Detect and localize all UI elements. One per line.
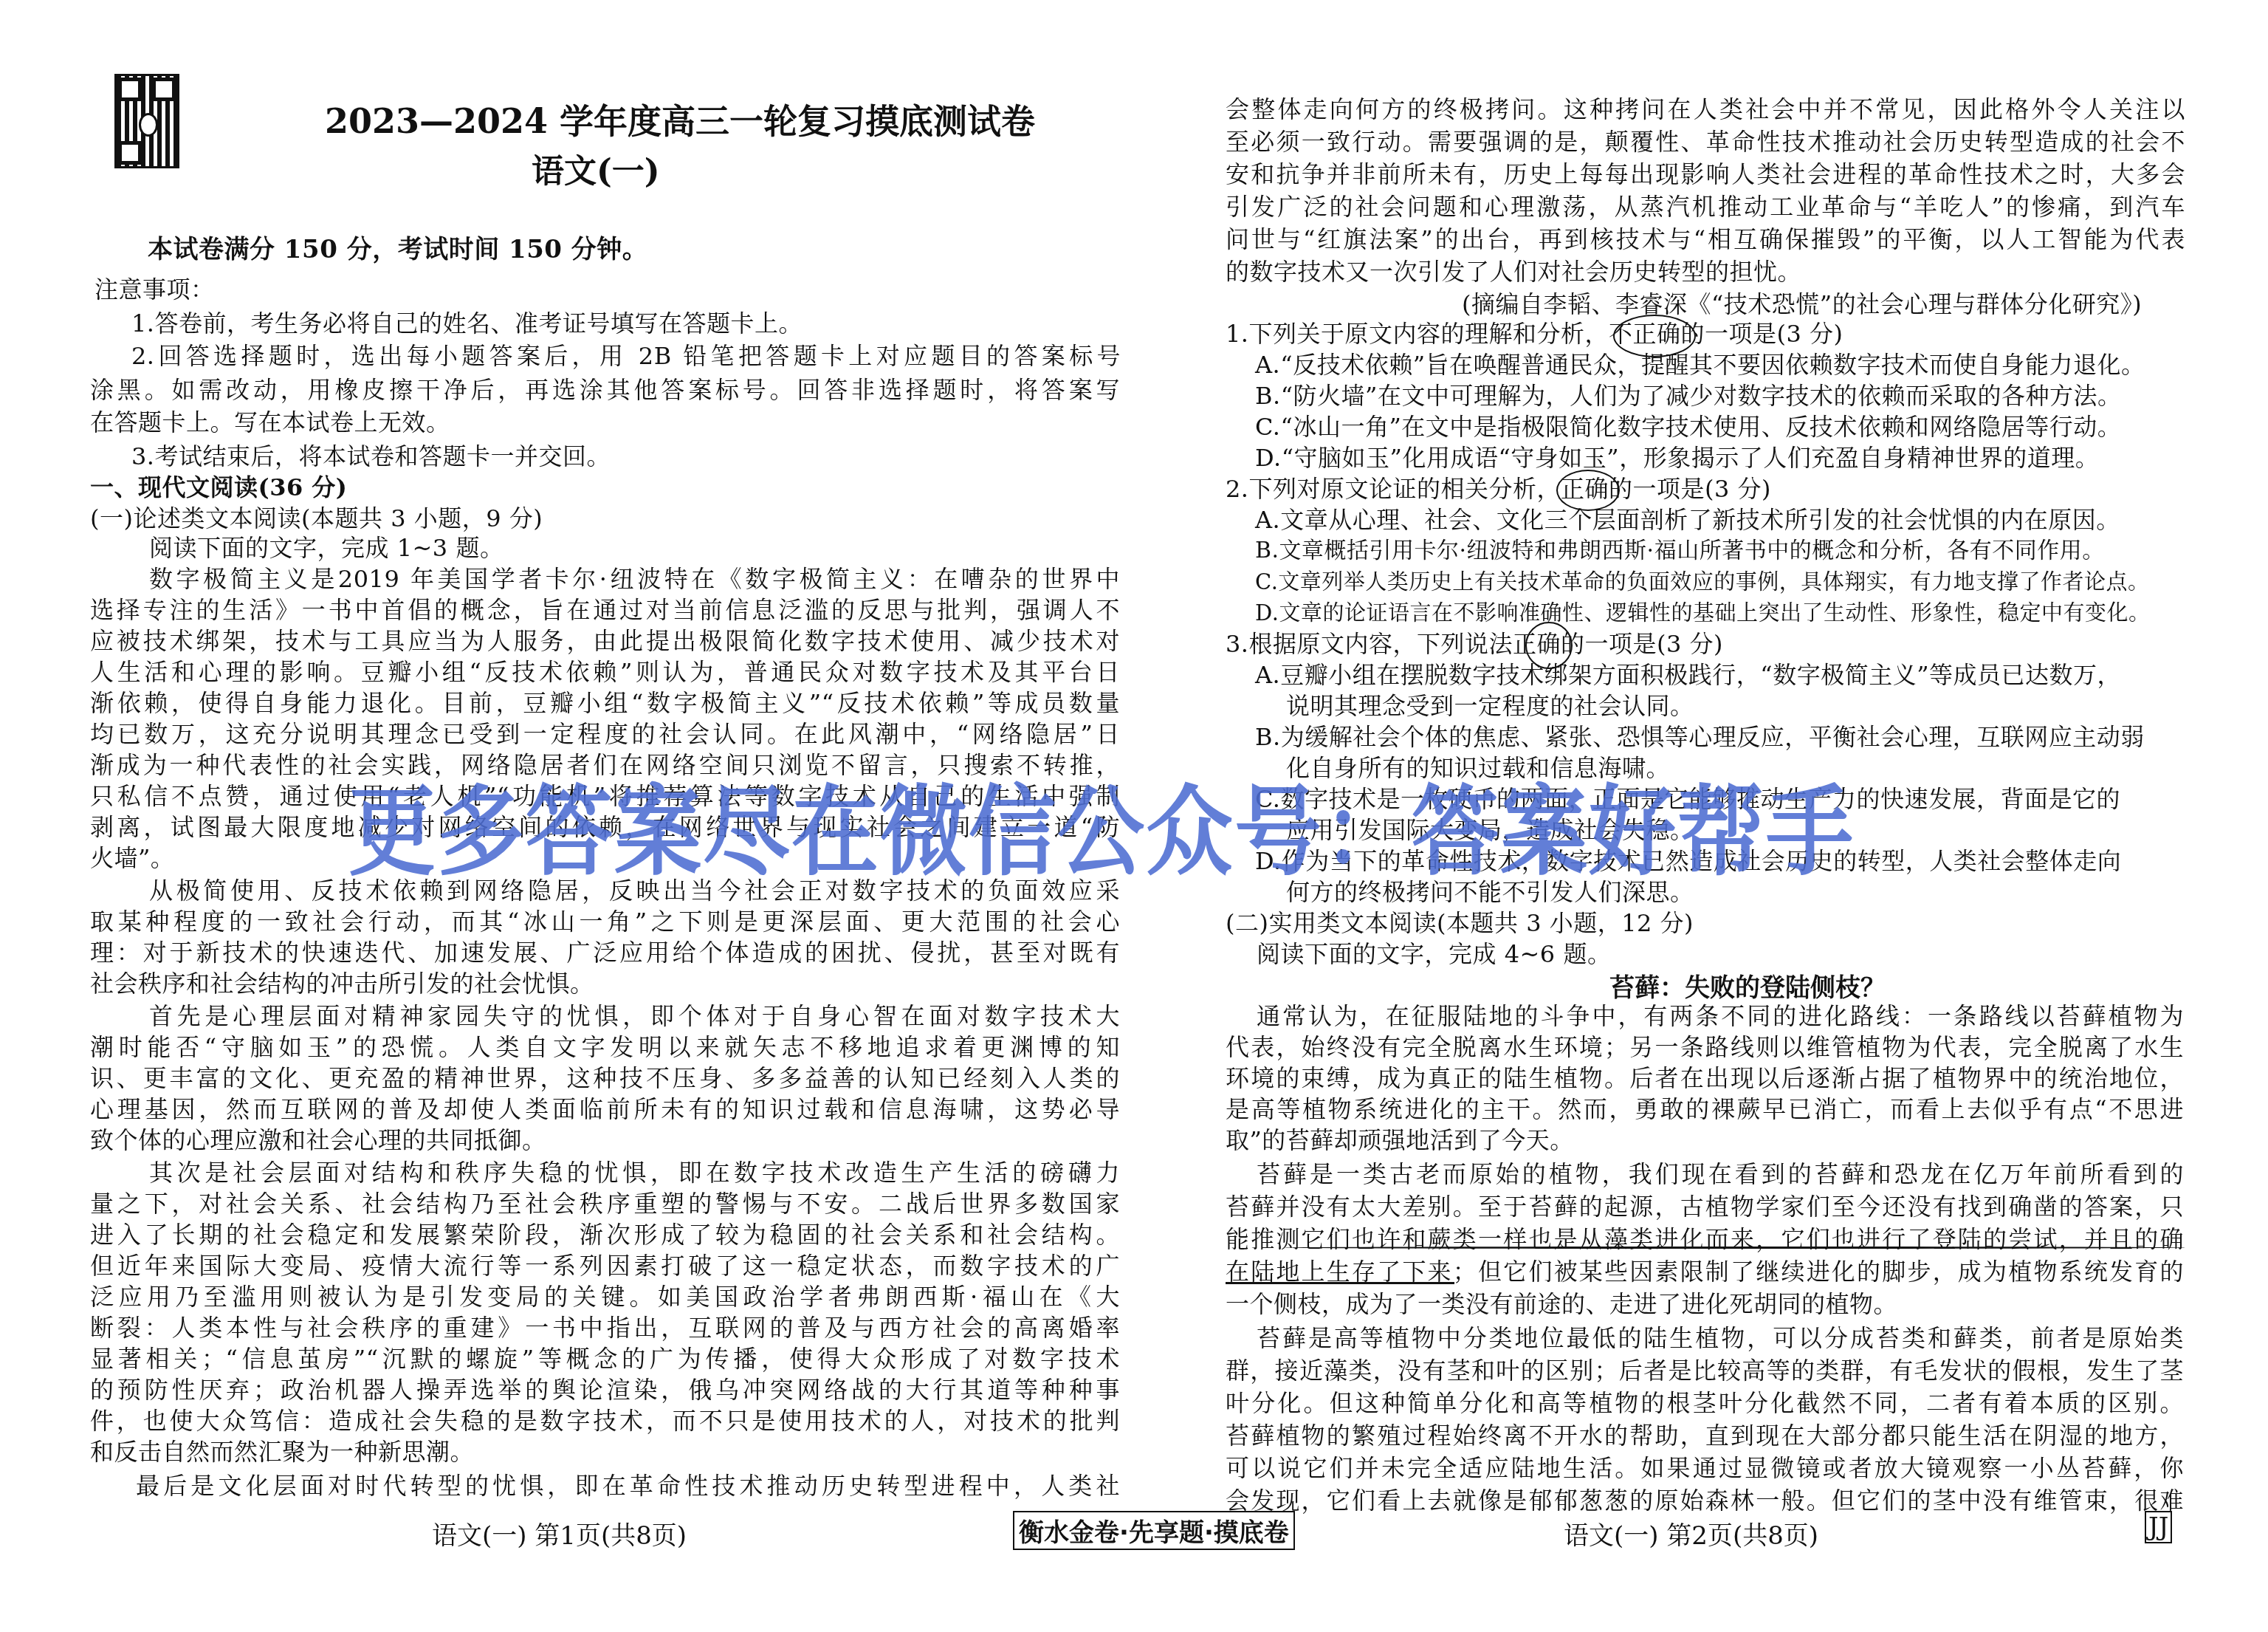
question-1-option-c: C.“冰山一角”在文中是指极限简化数字技术使用、反技术依赖和网络隐居等行动。 <box>1255 412 2121 442</box>
exam-title: 2023—2024 学年度高三一轮复习摸底测试卷 <box>325 95 1035 143</box>
passage-line: 火墙”。 <box>90 843 174 873</box>
subsection-1-heading: (一)论述类文本阅读(本题共 3 小题，9 分) <box>90 504 543 533</box>
passage-line: 取”的苔藓却顽强地活到了今天。 <box>1226 1125 1574 1155</box>
passage-line: 社会秩序和社会结构的冲击所引发的社会忧惧。 <box>90 969 594 998</box>
passage-line: 显著相关；“信息茧房”“沉默的螺旋”等概念的广为传播，使得大众形成了对数字技术 <box>90 1344 1120 1374</box>
note-2-cont: 涂黑。如需改动，用橡皮擦干净后，再选涂其他答案标号。回答非选择题时，将答案写 <box>90 375 1120 405</box>
passage-line: 数字极简主义是2019 年美国学者卡尔·纽波特在《数字极简主义：在嘈杂的世界中 <box>149 564 1120 594</box>
qr-code <box>114 74 179 168</box>
passage-line: 会整体走向何方的终极拷问。这种拷问在人类社会中并不常见，因此格外令人关注以 <box>1226 95 2185 124</box>
passage-line: 的数字技术又一次引发了人们对社会历史转型的担忧。 <box>1226 257 1801 287</box>
passage-line: 件，也使大众笃信：造成社会失稳的是数字技术，而不只是使用技术的人，对技术的批判 <box>90 1406 1120 1436</box>
passage-line: 苔藓并没有太大差别。至于苔藓的起源，古植物学家们至今还没有找到确凿的答案，只 <box>1226 1192 2184 1221</box>
note-1: 1.答卷前，考生务必将自己的姓名、准考证号填写在答题卡上。 <box>131 309 803 338</box>
passage-line: 人生活和心理的影响。豆瓣小组“反技术依赖”则认为，普通民众对数字技术及其平台日 <box>90 657 1120 687</box>
footer-page-1: 语文(一) 第1页(共8页) <box>432 1515 687 1552</box>
passage-line: 群，接近藻类，没有茎和叶的区别；后者是比较高等的类群，有毛发状的假根，发生了茎 <box>1226 1356 2184 1385</box>
passage-line: 其次是社会层面对结构和秩序失稳的忧惧，即在数字技术改造生产生活的磅礴力 <box>149 1158 1120 1187</box>
passage-line: 叶分化。但这种简单分化和高等植物的根茎叶分化截然不同，二者有着本质的区别。 <box>1226 1388 2184 1418</box>
article-title: 苔藓：失败的登陆侧枝？ <box>1609 967 1886 1004</box>
question-1-option-a: A.“反技术依赖”旨在唤醒普通民众，提醒其不要因依赖数字技术而使自身能力退化。 <box>1255 350 2145 380</box>
passage-line: 引发广泛的社会问题和心理激荡，从蒸汽机推动工业革命与“羊吃人”的惨痛，到汽车 <box>1226 192 2185 222</box>
passage-line: 可以说它们并未完全适应陆地生活。如果通过显微镜或者放大镜观察一小丛苔藓，你 <box>1226 1453 2184 1483</box>
passage-line: 应被技术绑架，技术与工具应当为人服务，由此提出极限简化数字技术使用、减少技术对 <box>90 626 1120 656</box>
passage-line: 理：对于新技术的快速迭代、加速发展、广泛应用给个体造成的困扰、侵扰，甚至对既有 <box>90 938 1120 967</box>
footer-page-2: 语文(一) 第2页(共8页) <box>1564 1515 1818 1552</box>
question-2-option-c: C.文章列举人类历史上有关技术革命的负面效应的事例，具体翔实，有力地支撑了作者论… <box>1255 567 2149 597</box>
exam-subject: 语文(一) <box>532 145 660 192</box>
handwritten-underline <box>1285 1247 2185 1249</box>
passage-line: 代表，始终没有完全脱离水生环境；另一条路线则以维管植物为代表，完全脱离了水生 <box>1226 1032 2184 1062</box>
passage-line: 通常认为，在征服陆地的斗争中，有两条不同的进化路线：一条路线以苔藓植物为 <box>1257 1001 2184 1031</box>
exam-info: 本试卷满分 150 分，考试时间 150 分钟。 <box>148 235 647 264</box>
passage-line: 首先是心理层面对精神家园失守的忧惧，即个体对于自身心智在面对数字技术大 <box>149 1001 1120 1031</box>
passage-line: 和反击自然而然汇聚为一种新思潮。 <box>90 1437 474 1467</box>
passage-line: 泛应用乃至滥用则被认为是引发变局的关键。如美国政治学者弗朗西斯·福山在《大 <box>90 1282 1120 1312</box>
subsection-1-instruction: 阅读下面的文字，完成 1~3 题。 <box>149 533 504 563</box>
passage-line: 苔藓是高等植物中分类地位最低的陆生植物，可以分成苔类和藓类，前者是原始类 <box>1257 1323 2184 1353</box>
passage-line: 致个体的心理应激和社会心理的共同抵御。 <box>90 1125 546 1155</box>
question-2-option-b: B.文章概括引用卡尔·纽波特和弗朗西斯·福山所著书中的概念和分析，各有不同作用。 <box>1255 536 2105 566</box>
question-2-option-d: D.文章的论证语言在不影响准确性、逻辑性的基础上突出了生动性、形象性，稳定中有变… <box>1255 598 2150 628</box>
passage-line: 环境的束缚，成为真正的陆生植物。后者在出现以后逐渐占据了植物界中的统治地位， <box>1226 1063 2184 1093</box>
section-1-heading: 一、现代文阅读(36 分) <box>90 473 347 502</box>
question-2-option-a: A.文章从心理、社会、文化三个层面剖析了新技术所引发的社会忧惧的内在原因。 <box>1255 505 2120 535</box>
question-1-option-d: D.“守脑如玉”化用成语“守身如玉”，形象揭示了人们充盈自身精神世界的道理。 <box>1255 443 2099 473</box>
notes-label: 注意事项： <box>94 275 215 304</box>
footer-corner-mark: JJ <box>2145 1511 2172 1543</box>
passage-line: 会发现，它们看上去就像是郁郁葱葱的原始森林一般。但它们的茎中没有维管束，很难 <box>1226 1486 2184 1515</box>
passage-line: 安和抗争并非前所未有，历史上每每出现影响人类社会进程的革命性技术之时，大多会 <box>1226 160 2185 189</box>
question-3-option-a-cont: 说明其理念受到一定程度的社会认同。 <box>1286 691 1694 721</box>
passage-line: 苔藓植物的繁殖过程始终离不开水的帮助，直到现在大部分都只能生活在阴湿的地方， <box>1226 1421 2184 1450</box>
question-3-option-a: A.豆瓣小组在摆脱数字技术绑架方面积极践行，“数字极简主义”等成员已达数万， <box>1255 660 2121 690</box>
question-1-option-b: B.“防火墙”在文中可理解为，人们为了减少对数字技术的依赖而采取的各种方法。 <box>1255 381 2121 411</box>
question-3-stem: 3.根据原文内容，下列说法正确的一项是(3 分) <box>1226 629 1723 659</box>
note-3: 3.考试结束后，将本试卷和答题卡一并交回。 <box>131 442 611 471</box>
passage-line: 最后是文化层面对时代转型的忧惧，即在革命性技术推动历史转型进程中，人类社 <box>136 1471 1120 1501</box>
passage-line: 问世与“红旗法案”的出台，再到核技术与“相互确保摧毁”的平衡，以人工智能为代表 <box>1226 224 2185 254</box>
passage-line: 渐依赖，使得自身能力退化。目前，豆瓣小组“数字极简主义”“反技术依赖”等成员数量 <box>90 688 1120 718</box>
passage-line: 选择专注的生活》一书中首倡的概念，旨在通过对当前信息泛滥的反思与批判，强调人不 <box>90 595 1120 625</box>
footer-badge: 衡水金卷·先享题·摸底卷 <box>1013 1511 1295 1550</box>
passage-line: 的预防性厌弃；政治机器人操弄选举的舆论渲染，俄乌冲突网络战的大行其道等种种事 <box>90 1375 1120 1405</box>
question-2-stem: 2.下列对原文论证的相关分析，正确的一项是(3 分) <box>1226 474 1771 504</box>
handwritten-underline <box>1226 1282 1454 1284</box>
passage-line: 一个侧枝，成为了一类没有前途的、走进了进化死胡同的植物。 <box>1226 1289 1897 1319</box>
passage-line: 是高等植物系统进化的主干。然而，勇敢的裸蕨早已消亡，而看上去似乎有点“不思进 <box>1226 1094 2184 1124</box>
passage-line: 心理基因，然而互联网的普及却使人类面临前所未有的知识过载和信息海啸，这势必导 <box>90 1094 1120 1124</box>
subsection-2-heading: (二)实用类文本阅读(本题共 3 小题，12 分) <box>1226 908 1694 938</box>
passage-line: 识、更丰富的文化、更充盈的精神世界，这种技不压身、多多益善的认知已经刻入人类的 <box>90 1063 1120 1093</box>
passage-line: 进入了长期的社会稳定和发展繁荣阶段，渐次形成了较为稳固的社会关系和社会结构。 <box>90 1220 1120 1249</box>
passage-line: 断裂：人类本性与社会秩序的重建》一书中指出，互联网的普及与西方社会的高离婚率 <box>90 1313 1120 1343</box>
subsection-2-instruction: 阅读下面的文字，完成 4~6 题。 <box>1257 939 1611 969</box>
source-citation: (摘编自李韬、李睿深《“技术恐慌”的社会心理与群体分化研究》) <box>1462 289 2142 319</box>
passage-line: 取某种程度的一致社会行动，而其“冰山一角”之下则是更深层面、更大范围的社会心 <box>90 907 1120 936</box>
passage-line: 潮时能否“守脑如玉”的恐慌。人类自文字发明以来就矢志不移地追求着更渊博的知 <box>90 1032 1120 1062</box>
question-1-stem: 1.下列关于原文内容的理解和分析，不正确的一项是(3 分) <box>1226 319 1843 349</box>
passage-line: 至必须一致行动。需要强调的是，颠覆性、革命性技术推动社会历史转型造成的社会不 <box>1226 127 2185 157</box>
note-2: 2.回答选择题时，选出每小题答案后，用 2B 铅笔把答题卡上对应题目的答案标号 <box>131 341 1121 371</box>
passage-line: 能推测它们也许和蕨类一样也是从藻类进化而来，它们也进行了登陆的尝试，并且的确 <box>1226 1224 2184 1254</box>
watermark: 更多答案尽在微信公众号：答案好帮手 <box>348 769 1855 894</box>
passage-line: 均已数万，这充分说明其理念已受到一定程度的社会认同。在此风潮中，“网络隐居”日 <box>90 719 1120 749</box>
passage-line: 量之下，对社会关系、社会结构乃至社会秩序重塑的警惕与不安。二战后世界多数国家 <box>90 1189 1120 1218</box>
note-2-end: 在答题卡上。写在本试卷上无效。 <box>90 408 450 437</box>
passage-line: 苔藓是一类古老而原始的植物，我们现在看到的苔藓和恐龙在亿万年前所看到的 <box>1257 1159 2184 1189</box>
question-3-option-b: B.为缓解社会个体的焦虑、紧张、恐惧等心理反应，平衡社会心理，互联网应主动弱 <box>1255 722 2145 752</box>
passage-line: 但近年来国际大变局、疫情大流行等一系列因素打破了这一稳定状态，而数字技术的广 <box>90 1251 1120 1280</box>
